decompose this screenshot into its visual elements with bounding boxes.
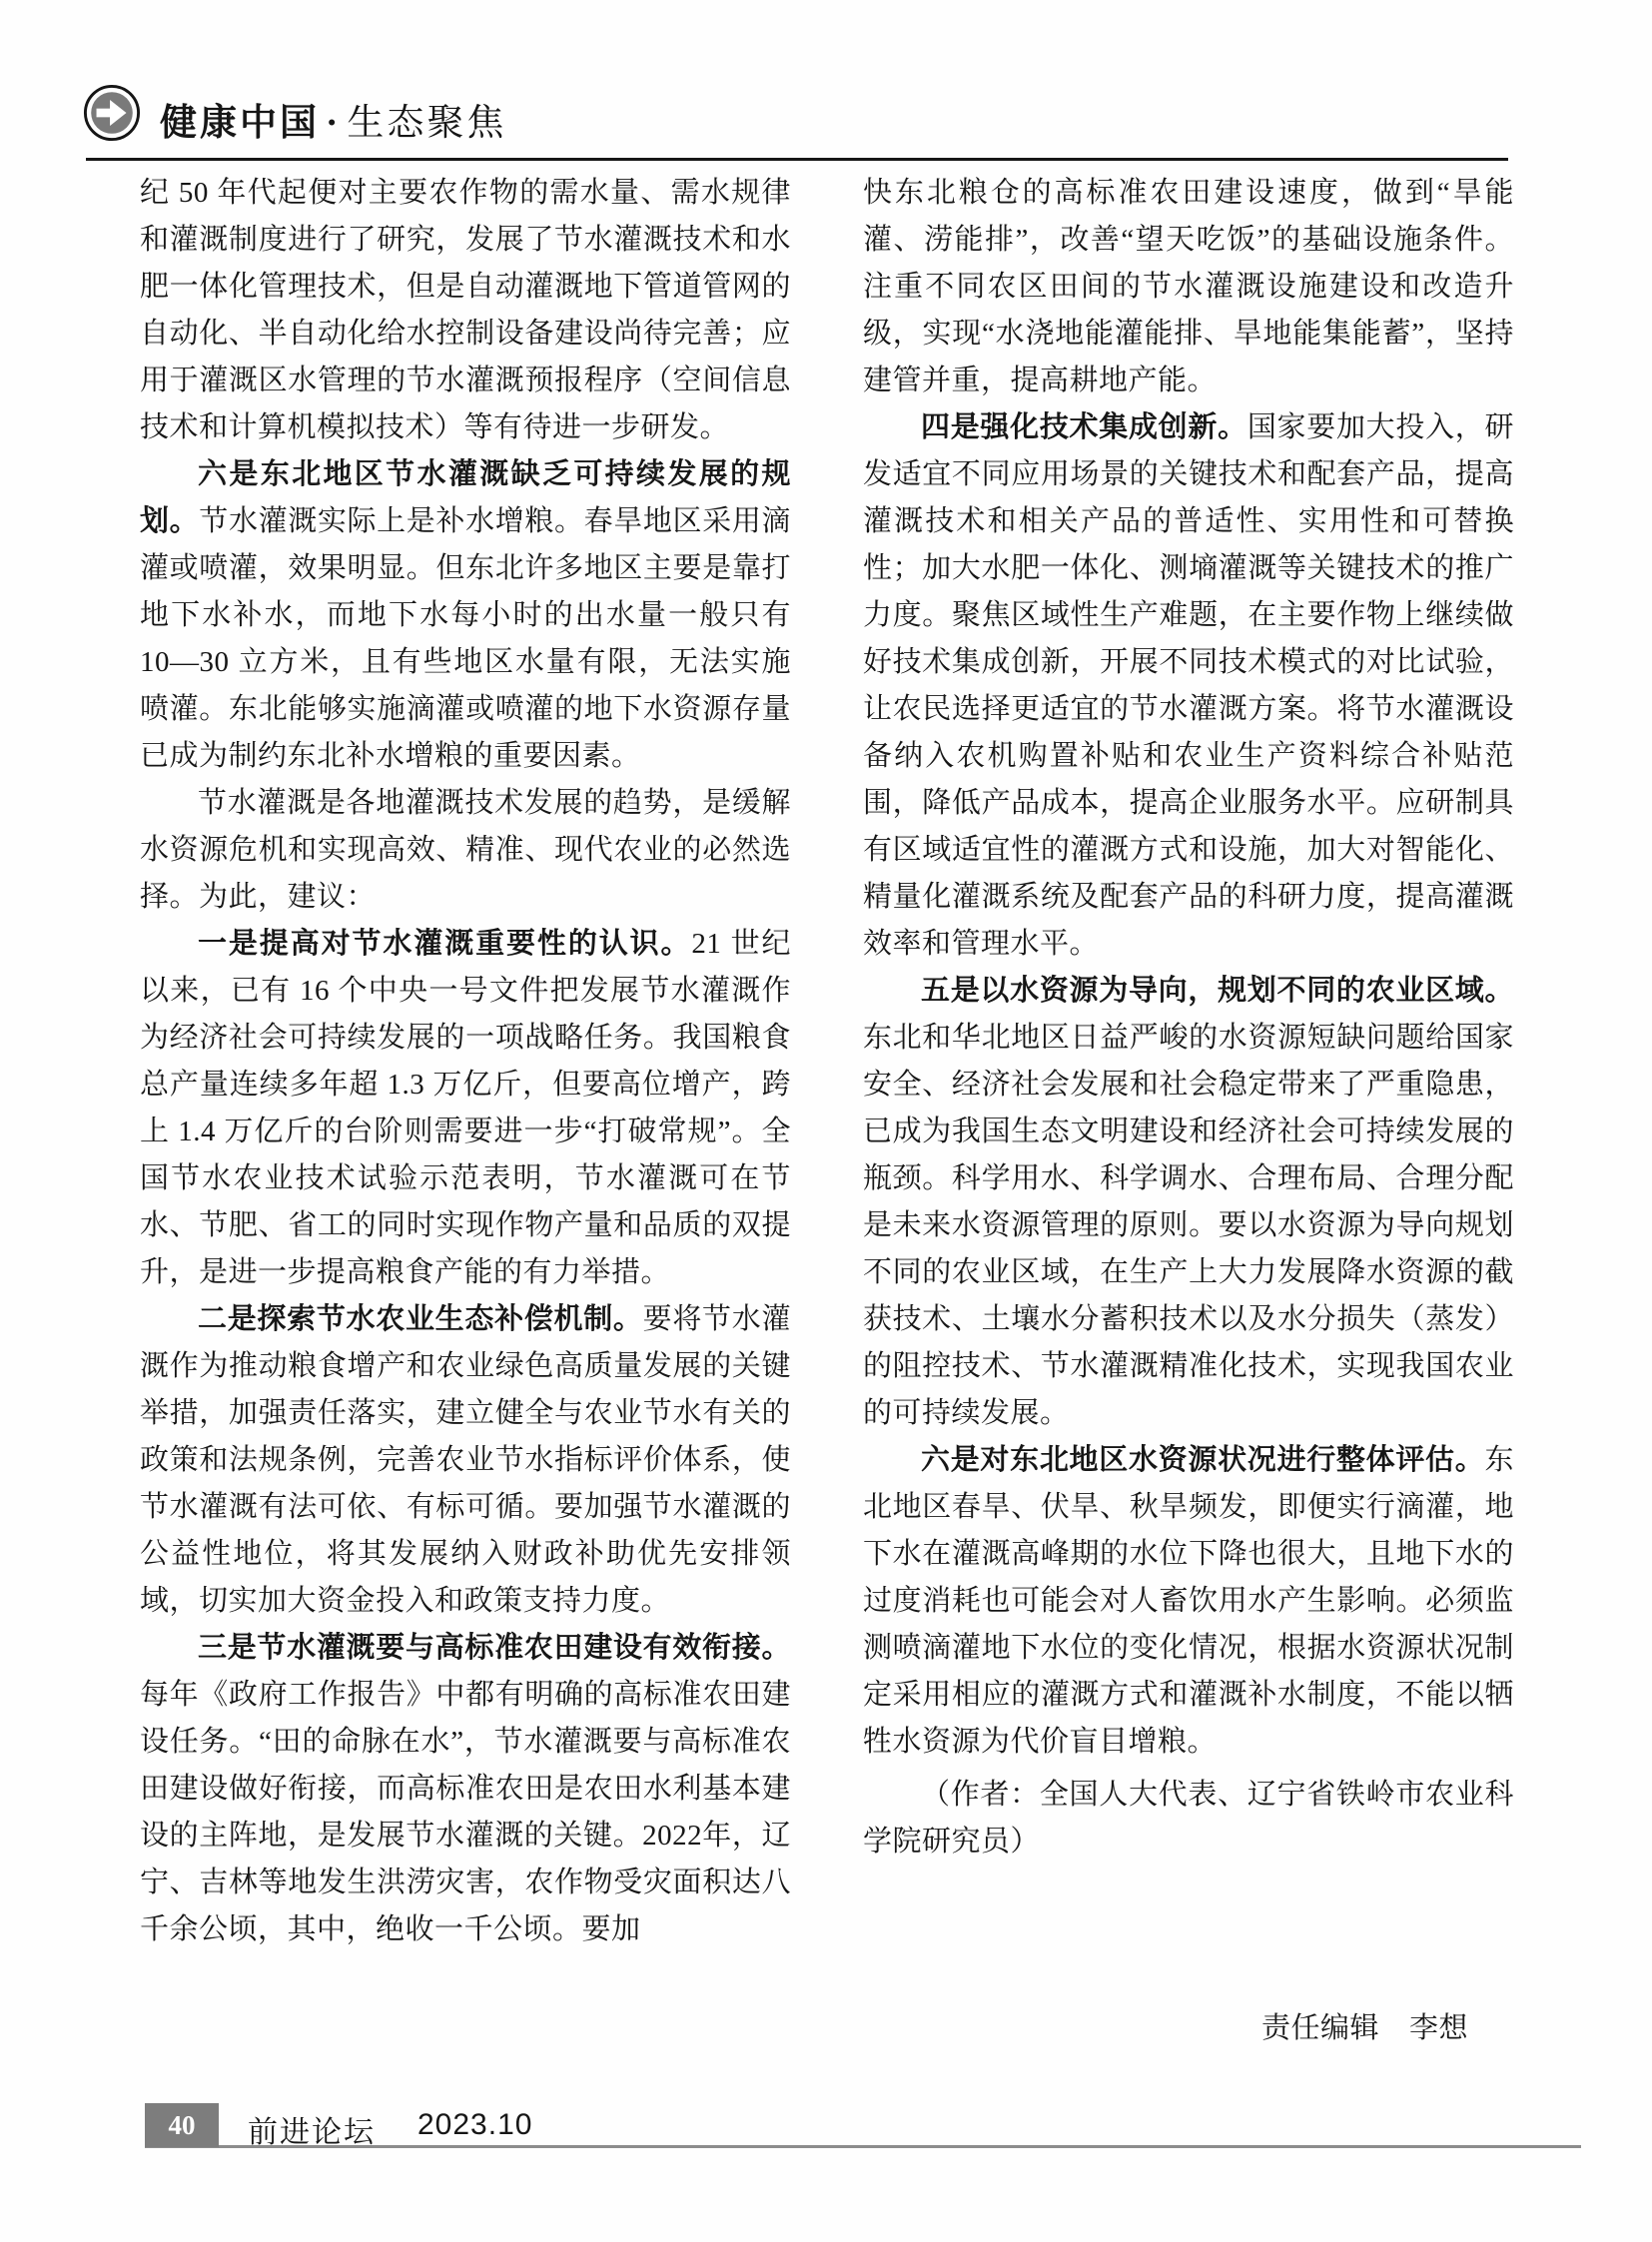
footer-rule bbox=[145, 2145, 1581, 2148]
section-heading-lead: 二是探索节水农业生态补偿机制。 bbox=[198, 1303, 643, 1335]
editor-name: 李想 bbox=[1409, 2005, 1468, 2052]
paragraph: 纪 50 年代起便对主要农作物的需水量、需水规律和灌溉制度进行了研究，发展了节水… bbox=[140, 170, 791, 451]
section-heading-lead: 三是节水灌溉要与高标准农田建设有效衔接。 bbox=[198, 1632, 791, 1664]
header-rule bbox=[86, 158, 1508, 161]
author-note: （作者：全国人大代表、辽宁省铁岭市农业科学院研究员） bbox=[863, 1772, 1514, 1866]
paragraph-text: 东北和华北地区日益严峻的水资源短缺问题给国家安全、经济社会发展和社会稳定带来了严… bbox=[863, 1022, 1514, 1429]
paragraph-text: 纪 50 年代起便对主要农作物的需水量、需水规律和灌溉制度进行了研究，发展了节水… bbox=[140, 177, 791, 443]
magazine-page: 健康中国·生态聚焦 纪 50 年代起便对主要农作物的需水量、需水规律和灌溉制度进… bbox=[0, 0, 1652, 2242]
masthead-column-title: 生态聚焦 bbox=[347, 103, 506, 144]
paragraph: 四是强化技术集成创新。国家要加大投入，研发适宜不同应用场景的关键技术和配套产品，… bbox=[863, 404, 1514, 968]
paragraph-text: 快东北粮仓的高标准农田建设速度，做到“旱能灌、涝能排”，改善“望天吃饭”的基础设… bbox=[863, 177, 1514, 396]
paragraph-text: 节水灌溉是各地灌溉技术发展的趋势，是缓解水资源危机和实现高效、精准、现代农业的必… bbox=[140, 787, 791, 913]
paragraph: 六是对东北地区水资源状况进行整体评估。东北地区春旱、伏旱、秋旱频发，即便实行滴灌… bbox=[863, 1437, 1514, 1766]
paragraph-text: 东北地区春旱、伏旱、秋旱频发，即便实行滴灌，地下水在灌溉高峰期的水位下降也很大，… bbox=[863, 1444, 1514, 1758]
section-heading-lead: 五是以水资源为导向，规划不同的农业区域。 bbox=[921, 975, 1514, 1007]
left-column: 纪 50 年代起便对主要农作物的需水量、需水规律和灌溉制度进行了研究，发展了节水… bbox=[140, 170, 791, 1953]
editor-label: 责任编辑 bbox=[1261, 2012, 1379, 2044]
section-heading-lead: 四是强化技术集成创新。 bbox=[921, 411, 1247, 443]
paragraph: 一是提高对节水灌溉重要性的认识。21 世纪以来，已有 16 个中央一号文件把发展… bbox=[140, 921, 791, 1296]
masthead-separator-dot: · bbox=[320, 103, 347, 144]
paragraph-text: 要将节水灌溉作为推动粮食增产和农业绿色高质量发展的关键举措，加强责任落实，建立健… bbox=[140, 1303, 791, 1617]
paragraph: 六是东北地区节水灌溉缺乏可持续发展的规划。节水灌溉实际上是补水增粮。春旱地区采用… bbox=[140, 451, 791, 780]
paragraph: 二是探索节水农业生态补偿机制。要将节水灌溉作为推动粮食增产和农业绿色高质量发展的… bbox=[140, 1296, 791, 1625]
paragraph-text: 每年《政府工作报告》中都有明确的高标准农田建设任务。“田的命脉在水”，节水灌溉要… bbox=[140, 1679, 791, 1945]
right-column: 快东北粮仓的高标准农田建设速度，做到“旱能灌、涝能排”，改善“望天吃饭”的基础设… bbox=[863, 170, 1514, 2052]
section-heading-lead: 六是对东北地区水资源状况进行整体评估。 bbox=[921, 1444, 1484, 1476]
paragraph: 五是以水资源为导向，规划不同的农业区域。东北和华北地区日益严峻的水资源短缺问题给… bbox=[863, 968, 1514, 1437]
author-note-text: （作者：全国人大代表、辽宁省铁岭市农业科学院研究员） bbox=[863, 1779, 1514, 1858]
paragraph: 快东北粮仓的高标准农田建设速度，做到“旱能灌、涝能排”，改善“望天吃饭”的基础设… bbox=[863, 170, 1514, 404]
masthead-section-title: 健康中国 bbox=[160, 102, 320, 143]
paragraph: 三是节水灌溉要与高标准农田建设有效衔接。每年《政府工作报告》中都有明确的高标准农… bbox=[140, 1625, 791, 1953]
paragraph-text: 国家要加大投入，研发适宜不同应用场景的关键技术和配套产品，提高灌溉技术和相关产品… bbox=[863, 411, 1514, 960]
page-number-badge: 40 bbox=[145, 2103, 219, 2147]
page-header: 健康中国·生态聚焦 bbox=[0, 0, 1652, 165]
issue-number: 2023.10 bbox=[417, 2108, 532, 2142]
masthead-title: 健康中国·生态聚焦 bbox=[160, 92, 506, 146]
section-heading-lead: 一是提高对节水灌溉重要性的认识。 bbox=[198, 928, 691, 960]
paragraph-text: 节水灌溉实际上是补水增粮。春旱地区采用滴灌或喷灌，效果明显。但东北许多地区主要是… bbox=[140, 505, 791, 772]
paragraph: 节水灌溉是各地灌溉技术发展的趋势，是缓解水资源危机和实现高效、精准、现代农业的必… bbox=[140, 780, 791, 921]
paragraph-text: 21 世纪以来，已有 16 个中央一号文件把发展节水灌溉作为经济社会可持续发展的… bbox=[140, 928, 791, 1288]
page-number: 40 bbox=[169, 2110, 196, 2141]
arrow-right-circle-logo-icon bbox=[83, 84, 141, 142]
page-footer: 40 前进论坛 2023.10 bbox=[0, 2097, 1652, 2157]
editor-line: 责任编辑李想 bbox=[863, 2005, 1514, 2052]
